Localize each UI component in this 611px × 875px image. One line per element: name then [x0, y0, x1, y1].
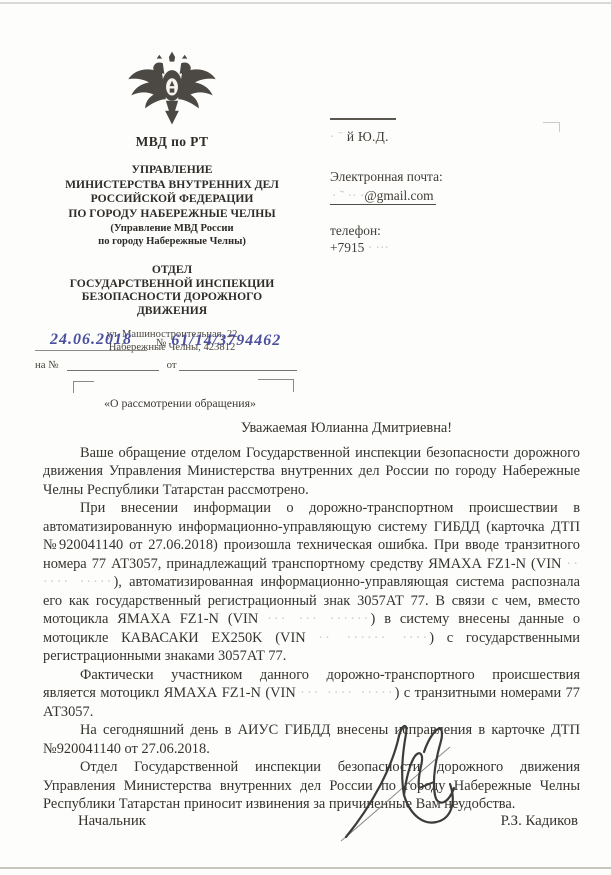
outgoing-number-row: 24.06.2018 № 61/14/3794462 — [35, 325, 325, 351]
phone-value: +7915 · ··· — [330, 240, 580, 256]
signoff-row: Начальник Р.З. Кадиков — [43, 813, 580, 830]
letterhead: МВД по РТ УПРАВЛЕНИЕ МИНИСТЕРСТВА ВНУТРЕ… — [28, 50, 316, 355]
mvd-double-headed-eagle-icon — [126, 50, 218, 130]
outgoing-number-cell: 61/14/3794462 — [171, 332, 281, 351]
outgoing-date-cell: 24.06.2018 — [35, 331, 147, 351]
addressee-name: · ˉ й Ю.Д. — [330, 129, 580, 145]
scan-edge-top — [0, 2, 611, 4]
scan-edge-bottom — [0, 867, 611, 869]
redacted-email-ghost: · ˜ ·· · — [332, 188, 364, 203]
addressee-name-visible: й Ю.Д. — [347, 129, 389, 144]
reply-from-label: от — [167, 359, 177, 371]
scanned-letter-page: МВД по РТ УПРАВЛЕНИЕ МИНИСТЕРСТВА ВНУТРЕ… — [0, 0, 611, 875]
department-name: ОТДЕЛ ГОСУДАРСТВЕННОЙ ИНСПЕКЦИИ БЕЗОПАСН… — [28, 263, 316, 317]
outgoing-number-handwritten: 61/14/3794462 — [171, 332, 281, 349]
org-name-line: МИНИСТЕРСТВА ВНУТРЕННИХ ДЕЛ — [28, 178, 316, 193]
number-sign: № — [156, 337, 166, 349]
dept-name-line: ОТДЕЛ — [28, 263, 316, 276]
reply-number-blank-line — [67, 359, 159, 371]
dept-name-line: ГОСУДАРСТВЕННОЙ ИНСПЕКЦИИ — [28, 277, 316, 290]
body-paragraph: Отдел Государственной инспекции безопасн… — [43, 758, 580, 814]
reference-block: 24.06.2018 № 61/14/3794462 на № от — [35, 325, 325, 371]
redacted-name-ghost: · ˉ — [330, 129, 343, 144]
org-name-line: ПО ГОРОДУ НАБЕРЕЖНЫЕ ЧЕЛНЫ — [28, 207, 316, 222]
redacted-vin: ··· ··· ······ — [267, 611, 370, 627]
body-text: На сегодняшний день в АИУС ГИБДД внесены… — [43, 722, 580, 757]
reply-number-prefix: на № — [35, 359, 59, 371]
dept-name-line: ДВИЖЕНИЯ — [28, 304, 316, 317]
phone-visible: +7915 — [330, 240, 364, 255]
email-value: · ˜ ·· ·@gmail.com — [330, 186, 436, 205]
corner-bracket-left — [73, 381, 94, 393]
reply-from-blank-line — [179, 359, 297, 371]
letter-body: Ваше обращение отделом Государственной и… — [43, 444, 580, 814]
phone-label: телефон: — [330, 223, 580, 239]
outgoing-date-handwritten: 24.06.2018 — [50, 331, 132, 348]
signer-name: Р.З. Кадиков — [501, 813, 578, 830]
org-name-line: РОССИЙСКОЙ ФЕДЕРАЦИИ — [28, 192, 316, 207]
body-text: Отдел Государственной инспекции безопасн… — [43, 759, 580, 812]
org-short-name: МВД по РТ — [28, 134, 316, 150]
org-alt-line: по городу Набережные Челны) — [28, 235, 316, 248]
dept-name-line: БЕЗОПАСНОСТИ ДОРОЖНОГО — [28, 290, 316, 303]
email-visible: @gmail.com — [364, 188, 433, 203]
email-label: Электронная почта: — [330, 169, 580, 185]
org-name-line: УПРАВЛЕНИЕ — [28, 163, 316, 178]
org-alt-name: (Управление МВД России по городу Набереж… — [28, 222, 316, 248]
body-text: Ваше обращение отделом Государственной и… — [43, 445, 580, 498]
addressee-redaction-line — [330, 118, 396, 120]
body-paragraph: Фактически участником данного дорожно-тр… — [43, 666, 580, 722]
position-title: Начальник — [78, 813, 146, 830]
salutation: Уважаемая Юлианна Дмитриевна! — [113, 419, 580, 438]
body-text: При внесении информации о дорожно-трансп… — [43, 500, 580, 572]
addressee-block: · ˉ й Ю.Д. Электронная почта: · ˜ ·· ·@g… — [330, 118, 580, 256]
body-paragraph: При внесении информации о дорожно-трансп… — [43, 499, 580, 666]
redacted-phone-ghost: · ··· — [368, 240, 389, 255]
redacted-vin: ··· ···· ····· — [300, 685, 394, 701]
redacted-vin: ·· ······ ···· — [318, 630, 429, 646]
reply-reference-row: на № от — [35, 359, 325, 371]
subject-line: «О рассмотрении обращения» — [35, 396, 325, 411]
org-alt-line: (Управление МВД России — [28, 222, 316, 235]
org-name: УПРАВЛЕНИЕ МИНИСТЕРСТВА ВНУТРЕННИХ ДЕЛ Р… — [28, 163, 316, 221]
corner-bracket-right — [258, 379, 294, 392]
body-paragraph: Ваше обращение отделом Государственной и… — [43, 444, 580, 500]
letter-body-area: Уважаемая Юлианна Дмитриевна! Ваше обращ… — [43, 419, 580, 814]
body-paragraph: На сегодняшний день в АИУС ГИБДД внесены… — [43, 721, 580, 758]
